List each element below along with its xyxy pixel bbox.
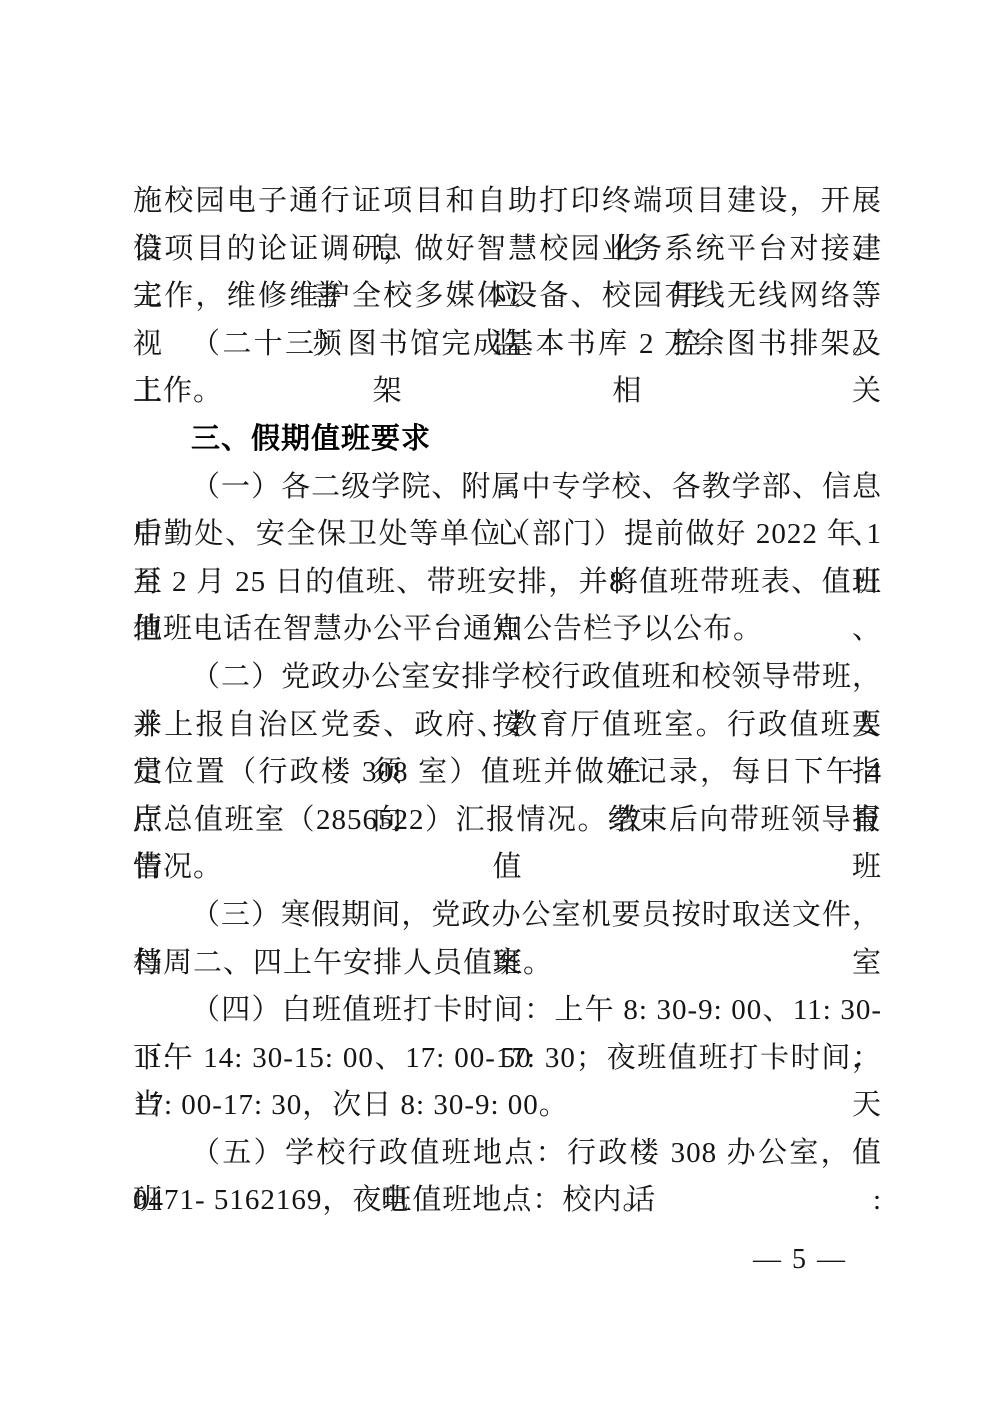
page-number: — 5 — [753, 1243, 847, 1277]
document-page: 施校园电子通行证项目和自助打印终端项目建设，开展信息化建 设项目的论证调研，做好… [0, 0, 1000, 1413]
text-line: （一）各二级学院、附属中专学校、各教学部、信息中心、 [133, 464, 882, 512]
text-line: （二）党政办公室安排学校行政值班和校领导带班，并按要 [133, 654, 882, 702]
text-line: 后勤处、安全保卫处等单位（部门）提前做好 2022 年 1 月 8 日 [133, 511, 882, 559]
text-line: 定位置（行政楼 308 室）值班并做好记录，每日下午 4 点向教育 [133, 749, 882, 797]
document-body: 施校园电子通行证项目和自助打印终端项目建设，开展信息化建 设项目的论证调研，做好… [133, 178, 882, 1225]
text-line: 工作，维修维护全校多媒体设备、校园有线无线网络、视频监控。 [133, 273, 882, 321]
text-line: 施校园电子通行证项目和自助打印终端项目建设，开展信息化建 [133, 178, 882, 226]
text-line: 厅总值班室（2856522）汇报情况。结束后向带班领导报告值班 [133, 797, 882, 845]
text-line: 至 2 月 25 日的值班、带班安排，并将值班带班表、值班地点、 [133, 559, 882, 607]
text-line: （四）白班值班打卡时间：上午 8: 30-9: 00、11: 30-11: 50… [133, 987, 882, 1035]
text-line: 设项目的论证调研，做好智慧校园业务系统平台对接、完善应用等 [133, 226, 882, 274]
text-line: （三）寒假期间，党政办公室机要员按时取送文件，档案室 [133, 892, 882, 940]
text-line: （二十三）图书馆完成基本书库 2 万余图书排架及上架相关 [133, 321, 882, 369]
text-line: 三、假期值班要求 [133, 416, 882, 464]
text-line: 求上报自治区党委、政府、教育厅值班室。行政值班人员须在指 [133, 702, 882, 750]
text-line: （五）学校行政值班地点：行政楼 308 办公室，值班电话: [133, 1130, 882, 1178]
text-line: 下午 14: 30-15: 00、17: 00-17: 30；夜班值班打卡时间：… [133, 1035, 882, 1083]
